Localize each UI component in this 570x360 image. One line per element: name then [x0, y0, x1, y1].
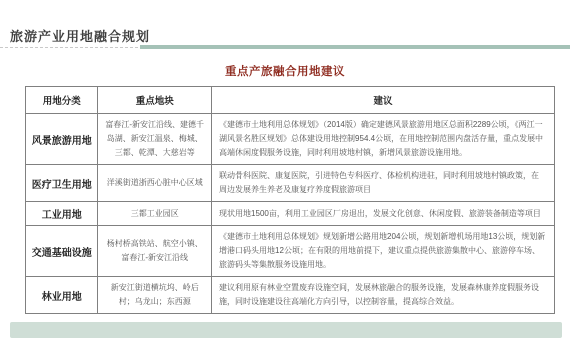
cell-category: 风景旅游用地 [26, 114, 98, 165]
cell-plots: 新安江街道横坑坞、岭后村；乌龙山；东西源 [98, 277, 212, 314]
cell-suggestion: 《建德市土地利用总体规划》（2014版）确定建德风景旅游用地区总面积2289公顷… [212, 114, 555, 165]
column-header-category: 用地分类 [26, 87, 98, 114]
table-row: 林业用地 新安江街道横坑坞、岭后村；乌龙山；东西源 建议利用原有林业空置废弃设施… [26, 277, 555, 314]
cell-category: 交通基础设施 [26, 226, 98, 277]
table-row: 医疗卫生用地 洋溪街道浙西心脏中心区域 联动骨科医院、康复医院，引进特色专科医疗… [26, 165, 555, 202]
page-title: 旅游产业用地融合规划 [10, 26, 150, 45]
dashed-divider [0, 47, 138, 48]
accent-divider-bar [140, 45, 570, 49]
cell-suggestion: 联动骨科医院、康复医院，引进特色专科医疗、体检机构进驻，同时利用坡地村镇政策，在… [212, 165, 555, 202]
cell-plots: 富春江-新安江沿线、建德千岛湖、新安江温泉、梅城、三都、乾潭、大慈岩等 [98, 114, 212, 165]
cell-plots: 洋溪街道浙西心脏中心区域 [98, 165, 212, 202]
table-row: 工业用地 三都工业园区 现状用地1500亩，利用工业园区厂房退出，发展文化创意、… [26, 202, 555, 226]
column-header-suggestion: 建议 [212, 87, 555, 114]
footer-accent-band [10, 322, 562, 338]
cell-suggestion: 《建德市土地利用总体规划》规划新增公路用地204公顷，规划新增机场用地13公顷，… [212, 226, 555, 277]
cell-plots: 杨村桥高铁站、航空小镇、富春江-新安江沿线 [98, 226, 212, 277]
document-page: 旅游产业用地融合规划 重点产旅融合用地建议 用地分类 重点地块 建议 风景旅游用… [0, 0, 570, 360]
cell-category: 医疗卫生用地 [26, 165, 98, 202]
table-row: 交通基础设施 杨村桥高铁站、航空小镇、富春江-新安江沿线 《建德市土地利用总体规… [26, 226, 555, 277]
column-header-plots: 重点地块 [98, 87, 212, 114]
cell-suggestion: 建议利用原有林业空置废弃设施空间，发展林旅融合的服务设施，发展森林康养度假服务设… [212, 277, 555, 314]
cell-category: 工业用地 [26, 202, 98, 226]
cell-suggestion: 现状用地1500亩，利用工业园区厂房退出，发展文化创意、休闲度假、旅游装备制造等… [212, 202, 555, 226]
table-row: 风景旅游用地 富春江-新安江沿线、建德千岛湖、新安江温泉、梅城、三都、乾潭、大慈… [26, 114, 555, 165]
table-header-row: 用地分类 重点地块 建议 [26, 87, 555, 114]
land-use-table: 用地分类 重点地块 建议 风景旅游用地 富春江-新安江沿线、建德千岛湖、新安江温… [25, 86, 555, 314]
table-title: 重点产旅融合用地建议 [0, 63, 570, 79]
cell-plots: 三都工业园区 [98, 202, 212, 226]
cell-category: 林业用地 [26, 277, 98, 314]
